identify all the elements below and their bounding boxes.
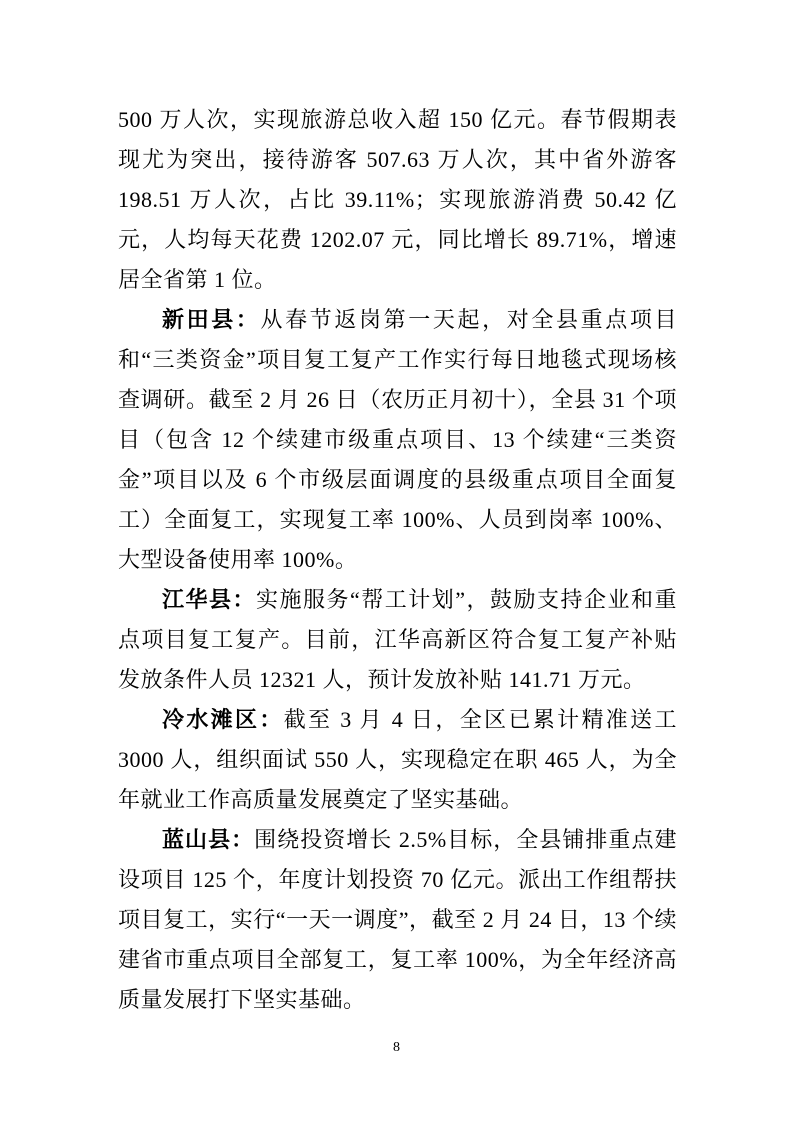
paragraph-text: 围绕投资增长 2.5%目标，全县铺排重点建设项目 125 个，年度计划投资 70…	[118, 827, 677, 1012]
paragraph: 蓝山县：围绕投资增长 2.5%目标，全县铺排重点建设项目 125 个，年度计划投…	[118, 820, 677, 1020]
paragraph: 江华县：实施服务“帮工计划”，鼓励支持企业和重点项目复工复产。目前，江华高新区符…	[118, 580, 677, 700]
paragraph-text: 从春节返岗第一天起，对全县重点项目和“三类资金”项目复工复产工作实行每日地毯式现…	[118, 307, 677, 572]
page-number: 8	[0, 1038, 793, 1058]
document-page: 500 万人次，实现旅游总收入超 150 亿元。春节假期表现尤为突出，接待游客 …	[0, 0, 793, 1122]
paragraph-text: 500 万人次，实现旅游总收入超 150 亿元。春节假期表现尤为突出，接待游客 …	[118, 107, 677, 292]
paragraph-lead: 蓝山县：	[162, 827, 254, 852]
paragraph: 新田县：从春节返岗第一天起，对全县重点项目和“三类资金”项目复工复产工作实行每日…	[118, 300, 677, 580]
document-body: 500 万人次，实现旅游总收入超 150 亿元。春节假期表现尤为突出，接待游客 …	[118, 100, 677, 1020]
paragraph-lead: 江华县：	[162, 587, 256, 612]
paragraph: 冷水滩区：截至 3 月 4 日，全区已累计精准送工 3000 人，组织面试 55…	[118, 700, 677, 820]
paragraph-lead: 冷水滩区：	[162, 707, 284, 732]
paragraph-lead: 新田县：	[162, 307, 261, 332]
paragraph: 500 万人次，实现旅游总收入超 150 亿元。春节假期表现尤为突出，接待游客 …	[118, 100, 677, 300]
